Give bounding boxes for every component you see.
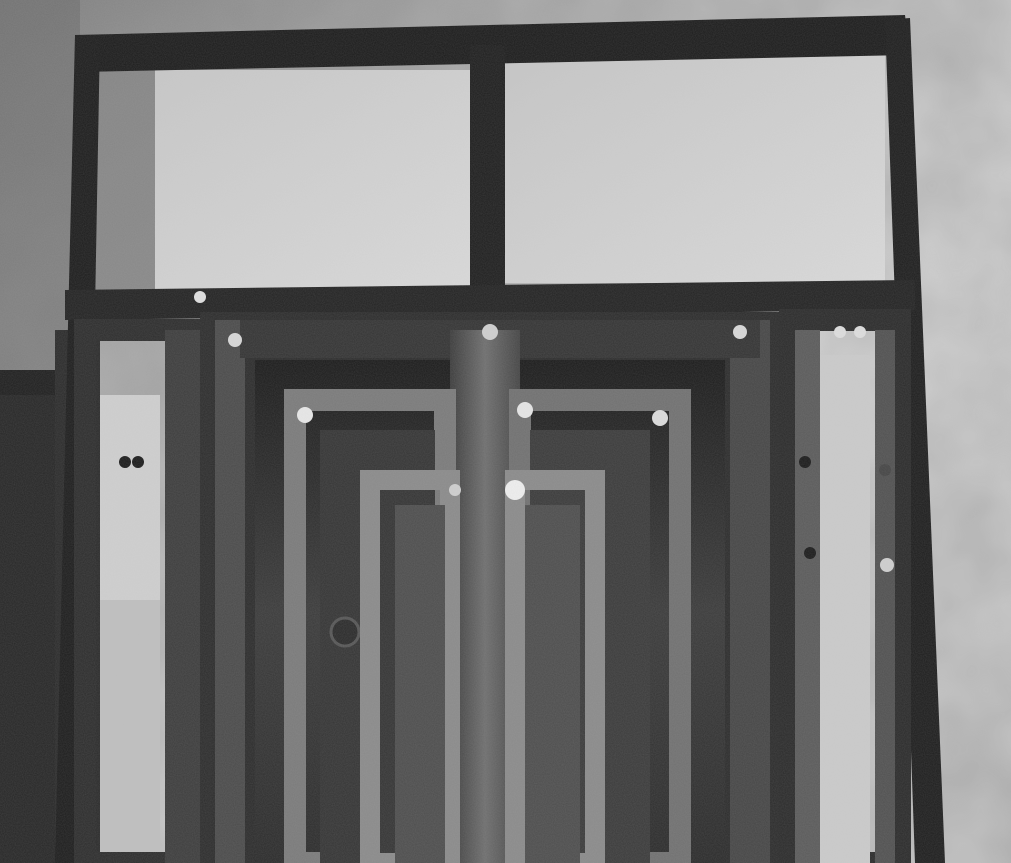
photo-metal-frames: Stack of rusted, welded steel window and…	[0, 0, 1011, 863]
photo-illustration	[0, 0, 1011, 863]
